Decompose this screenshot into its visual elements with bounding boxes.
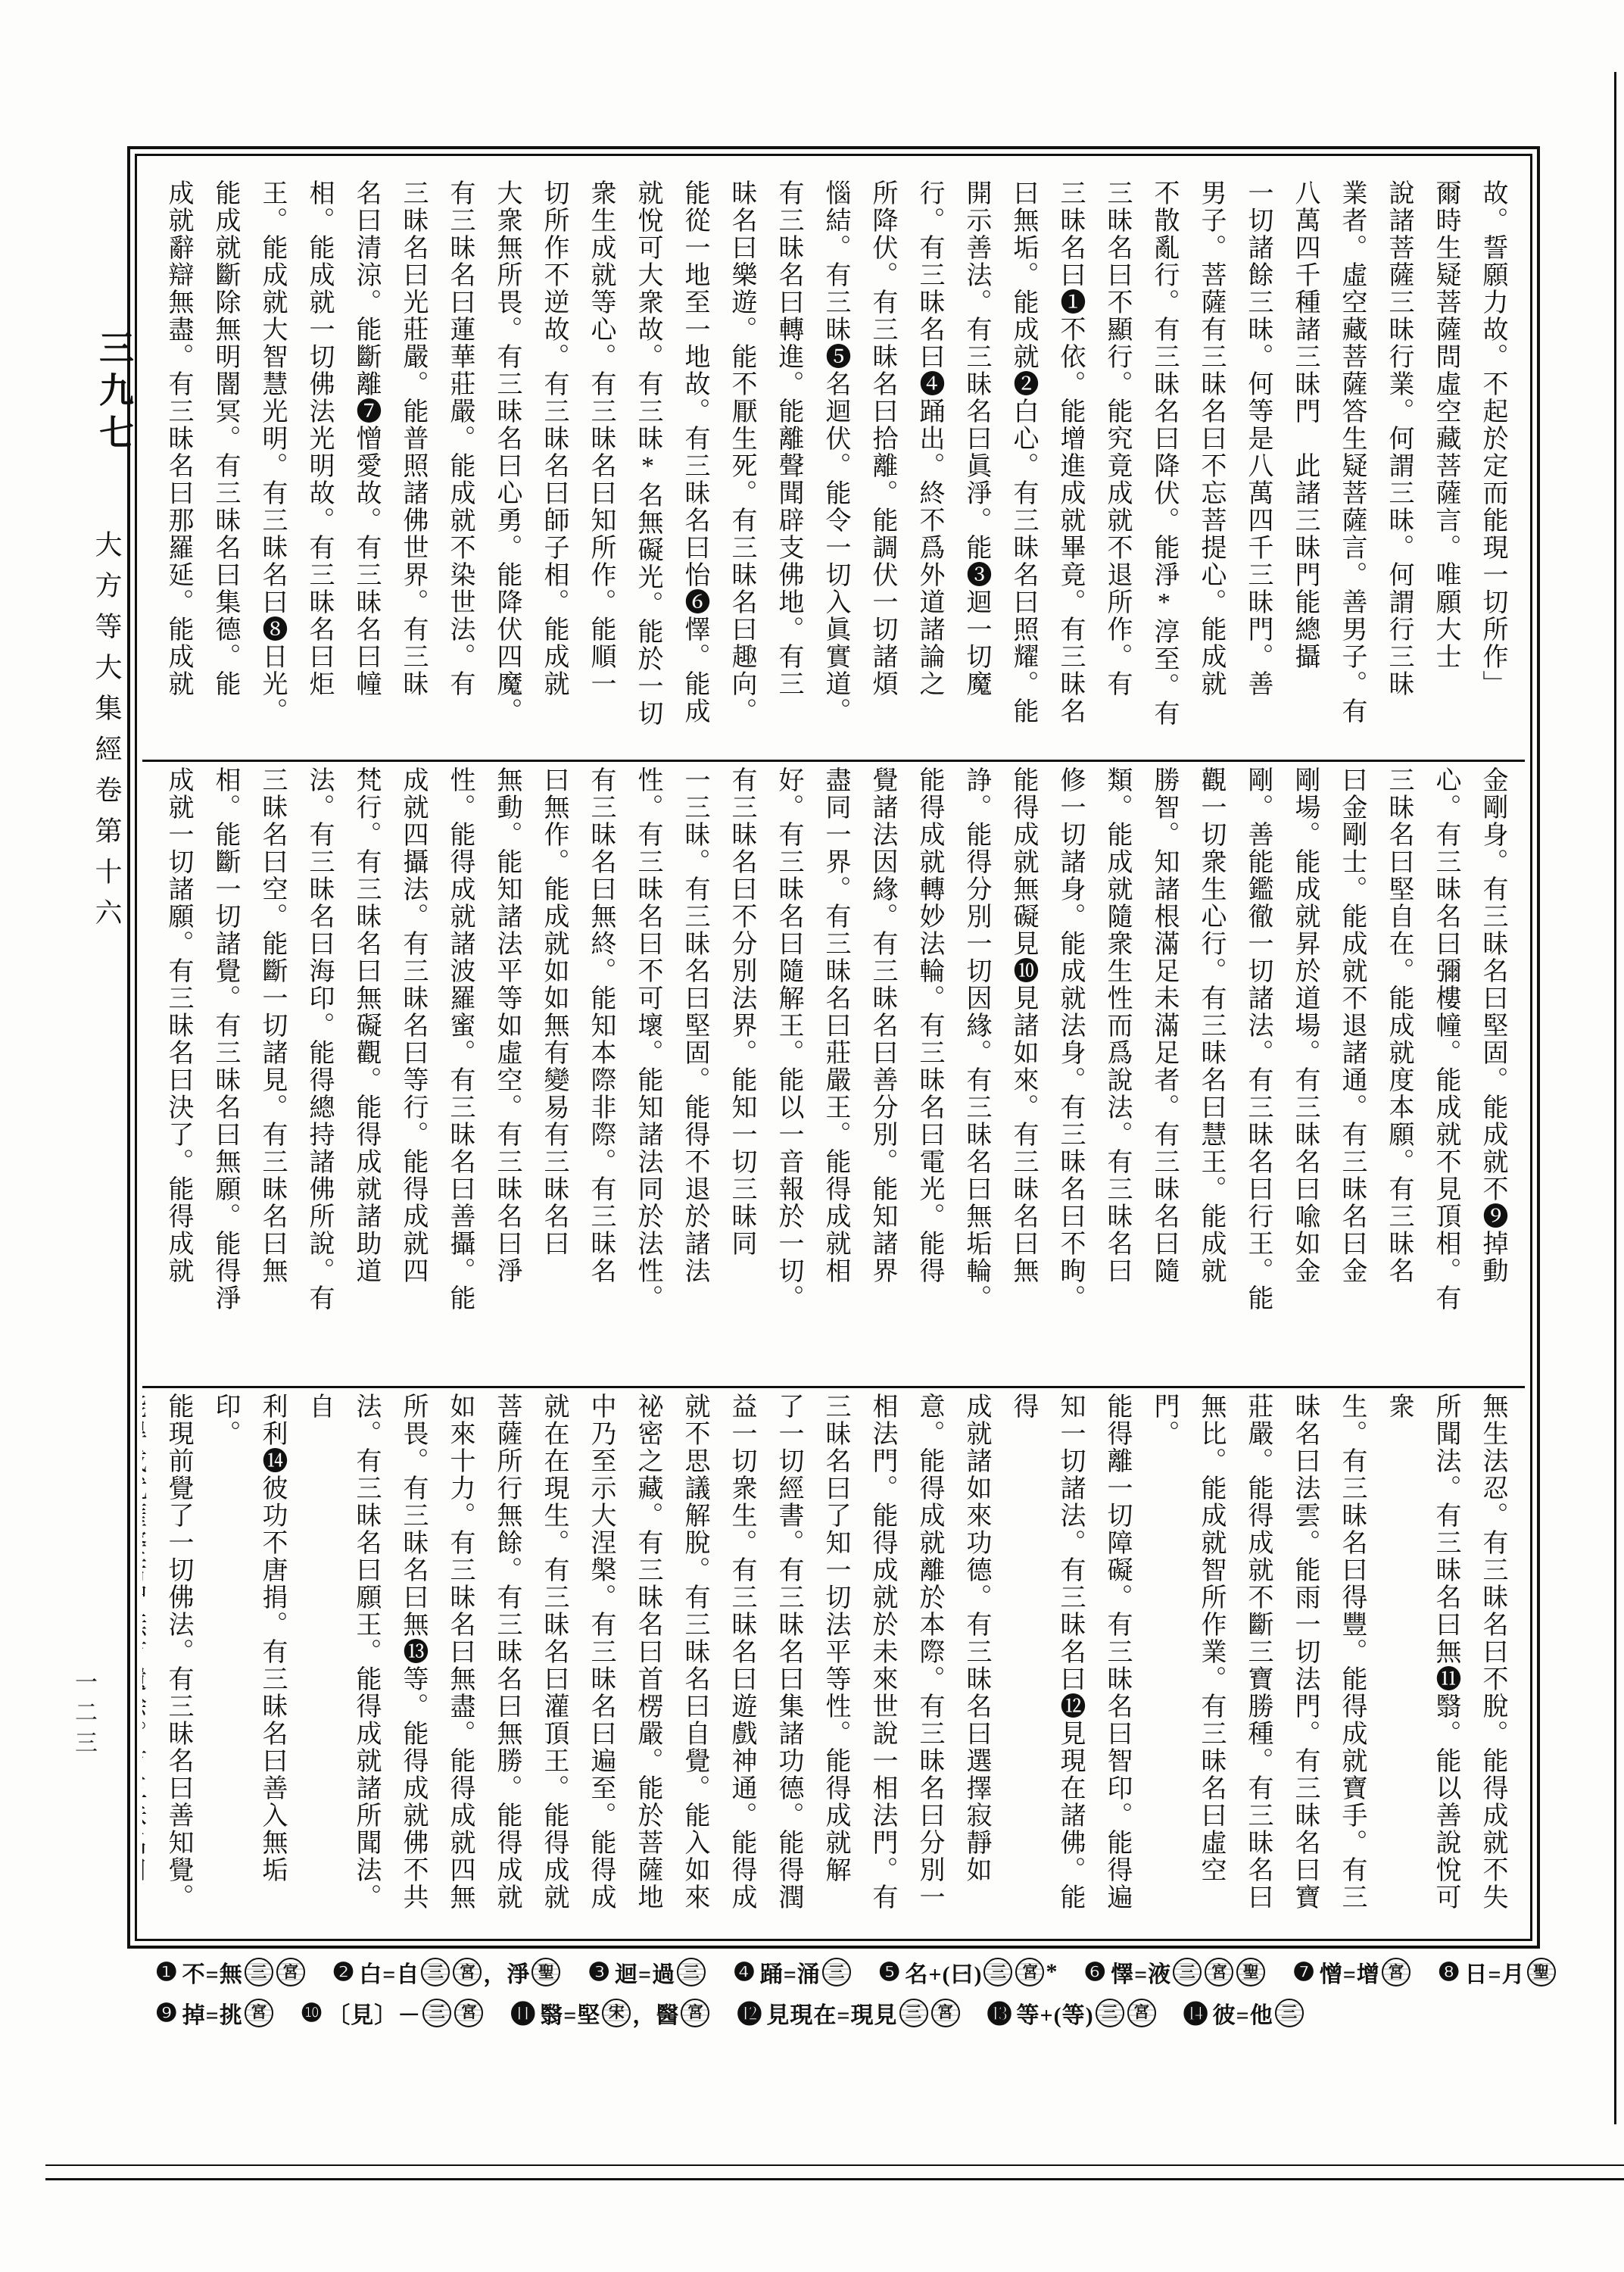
footnote-text: 掉=挑 [182, 1996, 243, 2030]
footnote-marker: ❸ [588, 1957, 610, 1987]
edition-mark: 宮 [1205, 1958, 1233, 1986]
text-column: 相。能成就一切佛法光明故。有三昧名曰炬 [295, 179, 342, 755]
text-column: 三昧名曰不顯行。能究竟成就不退所作。有 [1093, 179, 1140, 755]
edition-mark: 宮 [454, 1999, 483, 2027]
text-column: 類。能成就隨衆生性而爲說法。有三昧名曰 [1093, 766, 1140, 1381]
text-column: 意。能得成就離於本際。有三昧名曰分別一 [906, 1393, 952, 1927]
footnote-item: ❾掉=挑宮 [155, 1996, 275, 2030]
text-column: 成就一切諸願。有三昧名曰決了。能得成就 [154, 766, 201, 1381]
footnote-text: 不=無 [182, 1955, 243, 1989]
edition-mark: 聖 [1527, 1958, 1556, 1986]
edition-mark: 宮 [1015, 1958, 1044, 1986]
edition-mark: 三 [822, 1958, 851, 1986]
footnote-text: 〔見〕－ [327, 1996, 421, 2030]
edition-mark: 宮 [1382, 1958, 1410, 1986]
text-column: 開示善法。有三昧名曰眞淨。能❸迴一切魔 [952, 179, 999, 755]
text-column: 中乃至示大涅槃。有三昧名曰遍至。能得成 [577, 1393, 624, 1927]
text-column: 益一切衆生。有三昧名曰遊戲神通。能得成 [718, 1393, 765, 1927]
text-column: 生。有三昧名曰得豐。能得成就寶手。有三 [1328, 1393, 1375, 1927]
text-column: 能得成就轉妙法輪。有三昧名曰電光。能得 [906, 766, 952, 1381]
footnote-marker: ⓮ [1183, 1995, 1208, 2030]
footnote-marker: ⓭ [987, 1995, 1012, 2030]
text-column: 成就辭辯無盡。有三昧名曰那羅延。能成就 [154, 179, 201, 755]
text-column: 昧名曰樂遊。能不厭生死。有三昧名曰趣向。 [718, 179, 765, 755]
footnote-text: ，淨 [483, 1955, 530, 1989]
text-column: 了一切經書。有三昧名曰集諸功德。能得潤 [765, 1393, 812, 1927]
text-column: 行。有三昧名曰❹踊出。終不爲外道諸論之 [906, 179, 952, 755]
text-column: 曰無垢。能成就❷白心。有三昧名曰照耀。能 [999, 179, 1046, 755]
text-column: 性。能得成就諸波羅蜜。有三昧名曰善攝。能 [436, 766, 483, 1381]
footnote-marker: ⓬ [737, 1995, 762, 2030]
text-column: 三昧名曰了知一切法平等性。能得成就解 [812, 1393, 859, 1927]
text-column: 曰金剛士。能成就不退諸通。有三昧名曰金 [1328, 766, 1375, 1381]
text-column: 相法門。能得成就於未來世說一相法門。有 [859, 1393, 906, 1927]
footnote-item: ⓮彼=他三 [1183, 1995, 1305, 2030]
footnote-item: ❿〔見〕－三宮 [301, 1996, 485, 2030]
footnote-text: * [1046, 1959, 1058, 1985]
footnote-text: 迴=過 [615, 1955, 675, 1989]
text-column: 所降伏。有三昧名曰拾離。能調伏一切諸煩 [859, 179, 906, 755]
text-column: 盡同一界。有三昧名曰莊嚴王。能得成就相 [812, 766, 859, 1381]
footnote-item: ⓭等+(等)三宮 [987, 1995, 1158, 2030]
edition-mark: 宮 [931, 1999, 960, 2027]
footnote-text: 見現在=現見 [766, 1996, 897, 2030]
edition-mark: 三 [1275, 1999, 1304, 2027]
text-column: 三昧名曰堅自在。能成就度本願。有三昧名 [1375, 766, 1422, 1381]
footnote-text: 彼=他 [1213, 1996, 1273, 2030]
text-column: 八萬四千種諸三昧門 此諸三昧門能總攝 [1281, 179, 1328, 755]
scan-fold-line [45, 2178, 1624, 2180]
footnote-item: ❹踊=涌三 [733, 1955, 853, 1989]
page-number: 一二三 [67, 1670, 100, 1761]
text-column: 覺諸法因緣。有三昧名曰善分別。能知諸界 [859, 766, 906, 1381]
text-column: 相。能斷一切諸覺。有三昧名曰無願。能得淨 [201, 766, 248, 1381]
footnote-text: 日=月 [1464, 1955, 1525, 1989]
footnote-marker: ❼ [1292, 1957, 1315, 1987]
text-column: 性。有三昧名曰不可壞。能知諸法同於法性。 [624, 766, 671, 1381]
edition-mark: 三 [1173, 1958, 1202, 1986]
text-column: 業者。虛空藏菩薩答生疑菩薩言。善男子。有 [1328, 179, 1375, 755]
scan-fold-line [45, 2164, 1624, 2166]
edition-mark: 三 [983, 1958, 1012, 1986]
footnote-text: 懌=液 [1111, 1955, 1171, 1989]
edition-mark: 宋 [602, 1999, 631, 2027]
edition-mark: 宮 [681, 1999, 709, 2027]
text-column: 能從一地至一地故。有三昧名曰怡❻懌。能成 [671, 179, 718, 755]
text-column: 有三昧名曰不分別法界。能知一切三昧同 [718, 766, 765, 1381]
text-column: 知一切諸法。有三昧名曰⓬見現在諸佛。能得 [999, 1393, 1093, 1927]
edition-mark: 三 [421, 1958, 450, 1986]
text-column: 能得成就無礙見❿見諸如來。有三昧名曰無 [999, 766, 1046, 1381]
text-column: 梵行。有三昧名曰無礙觀。能得成就諸助道 [342, 766, 389, 1381]
text-column: 金剛身。有三昧名曰堅固。能成就不❾掉動 [1469, 766, 1516, 1381]
text-column: 三昧名曰光莊嚴。能普照諸佛世界。有三昧 [389, 179, 436, 755]
text-column: 有三昧名曰蓮華莊嚴。能成就不染世法。有 [436, 179, 483, 755]
text-column: 就在在現生。有三昧名曰灌頂王。能得成就 [530, 1393, 577, 1927]
text-column: 所聞法。有三昧名曰無⓫翳。能以善說悅可衆 [1375, 1393, 1469, 1927]
text-column: 莊嚴。能得成就不斷三寶勝種。有三昧名曰 [1234, 1393, 1281, 1927]
text-column: 成就諸如來功德。有三昧名曰選擇寂靜如 [952, 1393, 999, 1927]
edition-mark: 三 [422, 1999, 451, 2027]
footnote-text: ，醫 [632, 1996, 679, 2030]
text-column: 爾時生疑菩薩問虛空藏菩薩言。唯願大士 [1422, 179, 1469, 755]
text-column: 就悅可大衆故。有三昧*名無礙光。能於一切 [624, 179, 671, 755]
footnote-text: 白=自 [359, 1955, 419, 1989]
text-column: 能現前覺了一切佛法。有三昧名曰善知覺。 [154, 1393, 201, 1927]
text-column: 所畏。有三昧名曰無⓭等。能得成就佛不共 [389, 1393, 436, 1927]
footnote-item: ⓫翳=堅宋，醫宮 [510, 1995, 711, 2030]
text-column: 有三昧名曰無終。能知本際非際。有三昧名 [577, 766, 624, 1381]
footnote-item: ❺名+(曰)三宮* [878, 1955, 1058, 1989]
text-column: 能成就斷除無明闇冥。有三昧名曰集德。能 [201, 179, 248, 755]
text-column: 無動。能知諸法平等如虛空。有三昧名曰淨 [483, 766, 530, 1381]
text-column: 勝智。知諸根滿足未滿足者。有三昧名曰隨 [1140, 766, 1187, 1381]
footnote-marker: ❻ [1083, 1957, 1106, 1987]
text-column: 祕密之藏。有三昧名曰首楞嚴。能於菩薩地 [624, 1393, 671, 1927]
text-column: 一三昧。有三昧名曰堅固。能得不退於諸法 [671, 766, 718, 1381]
edition-mark: 宮 [276, 1958, 305, 1986]
text-column: 利利⓮彼功不唐捐。有三昧名曰善入無垢印。 [201, 1393, 295, 1927]
text-column: 無比。能成就智所作業。有三昧名曰虛空門。 [1140, 1393, 1234, 1927]
edition-mark: 三 [677, 1958, 706, 1986]
footnote-item: ❶不=無三宮 [155, 1955, 307, 1989]
text-column: 剛場。能成就昇於道場。有三昧名曰喩如金 [1281, 766, 1328, 1381]
text-column: 觀一切衆生心行。有三昧名曰慧王。能成就 [1187, 766, 1234, 1381]
footnote-item: ❻懌=液三宮聖 [1083, 1955, 1267, 1989]
edition-mark: 三 [899, 1999, 928, 2027]
footnote-item: ❽日=月聖 [1438, 1955, 1557, 1989]
text-column: 王。能成就大智慧光明。有三昧名曰❽日光。 [248, 179, 295, 755]
text-column: 法。有三昧名曰願王。能得成就諸所聞法。自 [295, 1393, 389, 1927]
text-column: 心。有三昧名曰彌樓幢。能成就不見頂相。有 [1422, 766, 1469, 1381]
text-column: 說諸菩薩三昧行業。何謂三昧。何謂行三昧 [1375, 179, 1422, 755]
footnote-item: ❼憎=增宮 [1292, 1955, 1412, 1989]
text-column: 有三昧名曰轉進。能離聲聞辟支佛地。有三 [765, 179, 812, 755]
footnote-marker: ❺ [878, 1957, 901, 1987]
footnote-marker: ❹ [733, 1957, 756, 1987]
footnote-marker: ❶ [155, 1957, 178, 1987]
text-band-lower: 無生法忍。有三昧名曰不脫。能得成就不失所聞法。有三昧名曰無⓫翳。能以善說悅可衆生… [142, 1388, 1525, 1932]
text-column: 切所作不逆故。有三昧名曰師子相。能成就 [530, 179, 577, 755]
book-title: 大方等大集經卷第十六 [88, 530, 126, 939]
edition-mark: 三 [1096, 1999, 1124, 2027]
text-band-middle: 金剛身。有三昧名曰堅固。能成就不❾掉動心。有三昧名曰彌樓幢。能成就不見頂相。有三… [142, 762, 1525, 1386]
text-column: 無生法忍。有三昧名曰不脫。能得成就不失 [1469, 1393, 1516, 1927]
text-column: 好。有三昧名曰隨解王。能以一音報於一切。 [765, 766, 812, 1381]
footnote-marker: ⓫ [510, 1995, 535, 2030]
edition-mark: 聖 [531, 1958, 560, 1986]
text-column: 法。有三昧名曰海印。能得總持諸佛所說。有 [295, 766, 342, 1381]
edition-mark: 三 [245, 1958, 273, 1986]
footnote-marker: ❽ [1438, 1957, 1460, 1987]
text-column: 衆生成就等心。有三昧名曰知所作。能順一 [577, 179, 624, 755]
text-column: 故。誓願力故。不起於定而能現一切所作」 [1469, 179, 1516, 755]
text-column: 昧名曰法雲。能雨一切法門。有三昧名曰寶 [1281, 1393, 1328, 1927]
edition-mark: 宮 [453, 1958, 482, 1986]
footnote-text: 名+(曰) [905, 1955, 982, 1989]
text-column: 能得成就薩婆若智無有遺餘。有三昧名曰 [142, 1393, 154, 1927]
footnote-marker: ❾ [155, 1998, 178, 2028]
text-column: 就不思議解脫。有三昧名曰自覺。能入如來 [671, 1393, 718, 1927]
edition-mark: 聖 [1236, 1958, 1265, 1986]
text-column: 三昧名曰空。能斷一切諸見。有三昧名曰無 [248, 766, 295, 1381]
text-column: 名曰清涼。能斷離❼憎愛故。有三昧名曰幢 [342, 179, 389, 755]
text-column: 曰無作。能成就如如無有變易有三昧名曰 [530, 766, 577, 1381]
footnote-item: ⓬見現在=現見三宮 [737, 1995, 961, 2030]
footnote-text: 等+(等) [1017, 1996, 1094, 2030]
text-band-upper: 故。誓願力故。不起於定而能現一切所作」爾時生疑菩薩問虛空藏菩薩言。唯願大士說諸菩… [142, 175, 1525, 760]
text-column: 能得離一切障礙。有三昧名曰智印。能得遍 [1093, 1393, 1140, 1927]
text-column: 如來十力。有三昧名曰無盡。能得成就四無 [436, 1393, 483, 1927]
footnote-marker: ❷ [332, 1957, 355, 1987]
text-column: 剛。善能鑑徹一切諸法。有三昧名曰行王。能 [1234, 766, 1281, 1381]
footnote-text: 踊=涌 [760, 1955, 821, 1989]
edition-mark: 宮 [245, 1999, 273, 2027]
footnote-marker: ❿ [301, 1998, 323, 2028]
text-column: 不散亂行。有三昧名曰降伏。能淨*淳至。有 [1140, 179, 1187, 755]
text-column: 男子。菩薩有三昧名曰不忘菩提心。能成就 [1187, 179, 1234, 755]
text-column: 大衆無所畏。有三昧名曰心勇。能降伏四魔。 [483, 179, 530, 755]
text-column: 修一切諸身。能成就法身。有三昧名曰不眴。 [1046, 766, 1093, 1381]
text-column: 三昧名曰❶不依。能增進成就畢竟。有三昧名 [1046, 179, 1093, 755]
footnote-text: 憎=增 [1320, 1955, 1380, 1989]
footnote-item: ❸迴=過三 [588, 1955, 707, 1989]
text-column: 諍。能得分別一切因緣。有三昧名曰無垢輪。 [952, 766, 999, 1381]
footnote-text: 翳=堅 [540, 1996, 600, 2030]
footnotes: ❶不=無三宮❷白=自三宮，淨聖❸迴=過三❹踊=涌三❺名+(曰)三宮*❻懌=液三宮… [155, 1955, 1571, 2030]
text-column: 一切諸餘三昧。何等是八萬四千三昧門。善 [1234, 179, 1281, 755]
text-column: 菩薩所行無餘。有三昧名曰無勝。能得成就 [483, 1393, 530, 1927]
text-column: 惱結。有三昧❺名迴伏。能令一切入眞實道。 [812, 179, 859, 755]
page-edge-line [1614, 72, 1616, 2124]
text-column: 成就四攝法。有三昧名曰等行。能得成就四 [389, 766, 436, 1381]
footnote-item: ❷白=自三宮，淨聖 [332, 1955, 563, 1989]
edition-mark: 宮 [1127, 1999, 1156, 2027]
